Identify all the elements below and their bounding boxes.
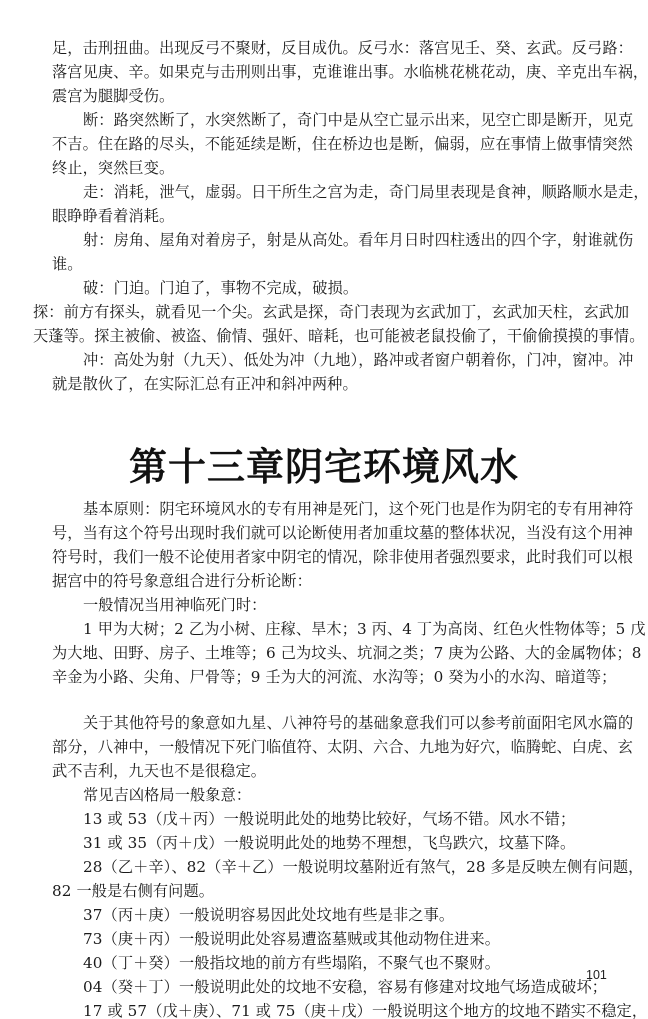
paragraph-general-case: 一般情况当用神临死门时： xyxy=(83,594,643,617)
pattern-37: 37（丙＋庚）一般说明容易因此处坟地有些是非之事。 xyxy=(83,904,643,927)
paragraph-tan: 探：前方有探头，就看见一个尖。玄武是探，奇门表现为玄武加丁，玄武加天柱，玄武加 xyxy=(33,301,633,324)
pattern-04: 04（癸＋丁）一般说明此处的坟地不安稳，容易有修建对坟地气场造成破坏； xyxy=(83,976,643,999)
paragraph-patterns-heading: 常见吉凶格局一般象意： xyxy=(83,784,643,807)
text-line: 82 一般是右侧有问题。 xyxy=(52,880,612,903)
text-line: 落宫见庚、辛。如果克与击刑则出事，克谁谁出事。水临桃花桃花动，庚、辛克出车祸， xyxy=(52,61,612,84)
text-line: 辛金为小路、尖角、尸骨等；9 壬为大的河流、水沟等；0 癸为小的水沟、暗道等； xyxy=(52,666,612,689)
pattern-40: 40（丁＋癸）一般指坟地的前方有些塌陷，不聚气也不聚财。 xyxy=(83,952,643,975)
text-line: 号，当有这个符号出现时我们就可以论断使用者加重坟墓的整体状况，当没有这个用神 xyxy=(52,522,612,545)
text-line: 武不吉利，九天也不是很稳定。 xyxy=(52,760,612,783)
pattern-17-57-71-75: 17 或 57（戊＋庚）、71 或 75（庚＋戊）一般说明这个地方的坟地不踏实不… xyxy=(83,1000,643,1019)
text-line: 眼睁睁看着消耗。 xyxy=(52,205,612,228)
text-line: 不吉。住在路的尽头，不能延续是断，住在桥边也是断，偏弱，应在事情上做事情突然 xyxy=(52,133,612,156)
page-number: 101 xyxy=(586,968,607,982)
text-line: 终止，突然巨变。 xyxy=(52,157,612,180)
pattern-73: 73（庚＋丙）一般说明此处容易遭盗墓贼或其他动物住进来。 xyxy=(83,928,643,951)
text-line: 符号时，我们一般不论使用者家中阴宅的情况，除非使用者强烈要求，此时我们可以根 xyxy=(52,546,612,569)
paragraph-po: 破：门迫。门迫了，事物不完成，破损。 xyxy=(83,277,643,300)
text-line: 天蓬等。探主被偷、被盗、偷情、强奸、暗耗，也可能被老鼠投偷了，干偷偷摸摸的事情。 xyxy=(33,325,633,348)
text-line: 谁。 xyxy=(52,253,612,276)
chapter-title: 第十三章阴宅环境风水 xyxy=(0,442,648,492)
pattern-13-53: 13 或 53（戊＋丙）一般说明此处的地势比较好，气场不错。风水不错； xyxy=(83,808,643,831)
paragraph-other-symbols: 关于其他符号的象意如九星、八神符号的基础象意我们可以参考前面阳宅风水篇的 xyxy=(83,712,643,735)
text-line: 震宫为腿脚受伤。 xyxy=(52,85,612,108)
document-page: 足，击刑扭曲。出现反弓不聚财，反目成仇。反弓水：落宫见壬、癸、玄武。反弓路： 落… xyxy=(0,0,648,1019)
pattern-28-82: 28（乙＋辛）、82（辛＋乙）一般说明坟墓附近有煞气，28 多是反映左侧有问题， xyxy=(83,856,643,879)
paragraph-basic-principle: 基本原则：阴宅环境风水的专有用神是死门，这个死门也是作为阴宅的专有用神符 xyxy=(83,498,643,521)
text-line: 据宫中的符号象意组合进行分析论断： xyxy=(52,570,612,593)
paragraph-chong: 冲：高处为射（九天）、低处为冲（九地），路冲或者窗户朝着你，门冲，窗冲。冲 xyxy=(83,349,643,372)
paragraph-she: 射：房角、屋角对着房子，射是从高处。看年月日时四柱透出的四个字，射谁就伤 xyxy=(83,229,643,252)
text-line: 为大地、田野、房子、土堆等；6 己为坟头、坑洞之类；7 庚为公路、大的金属物体；… xyxy=(52,642,612,665)
text-line: 足，击刑扭曲。出现反弓不聚财，反目成仇。反弓水：落宫见壬、癸、玄武。反弓路： xyxy=(52,37,612,60)
paragraph-stems-list: 1 甲为大树；2 乙为小树、庄稼、旱木；3 丙、4 丁为高岗、红色火性物体等；5… xyxy=(83,618,643,641)
text-line: 就是散伙了，在实际汇总有正冲和斜冲两种。 xyxy=(52,373,612,396)
paragraph-zou: 走：消耗，泄气，虚弱。日干所生之宫为走，奇门局里表现是食神，顺路顺水是走， xyxy=(83,181,643,204)
paragraph-duan: 断：路突然断了，水突然断了，奇门中是从空亡显示出来，见空亡即是断开，见克 xyxy=(83,109,643,132)
pattern-31-35: 31 或 35（丙＋戊）一般说明此处的地势不理想，飞鸟跌穴，坟墓下降。 xyxy=(83,832,643,855)
text-line: 部分，八神中，一般情况下死门临值符、太阴、六合、九地为好穴，临腾蛇、白虎、玄 xyxy=(52,736,612,759)
